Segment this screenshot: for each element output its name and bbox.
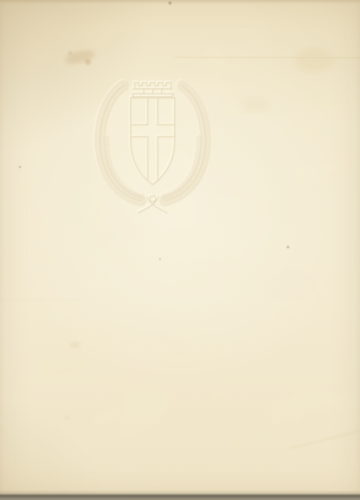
paper-edge-shadow	[0, 490, 360, 500]
paper-sheet	[0, 0, 360, 500]
paper-grain-texture	[0, 0, 360, 500]
scan-overlay	[0, 0, 360, 500]
